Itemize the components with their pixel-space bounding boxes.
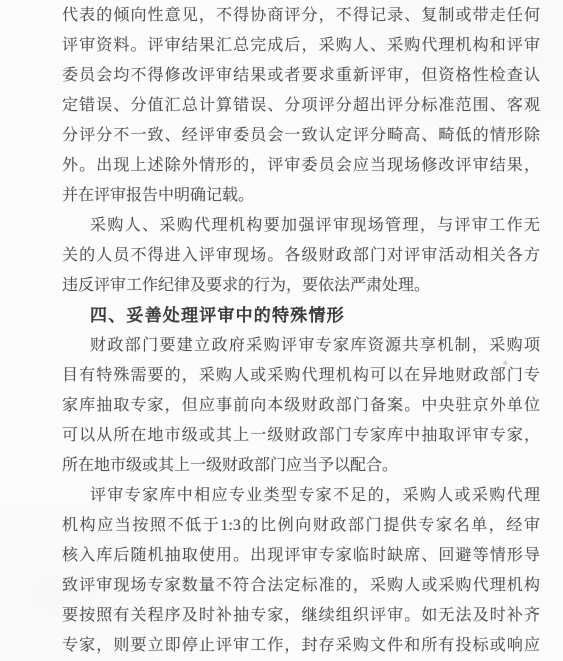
text-line: 机构应当按照不低于1:3的比例向财政部门提供专家名单，经审: [62, 511, 540, 541]
document-page: 代表的倾向性意见，不得协商评分，不得记录、复制或带走任何 评审资料。评审结果汇总…: [0, 0, 563, 661]
text-line: 财政部门要建立政府采购评审专家库资源共享机制，采购项: [62, 331, 540, 361]
text-line: 致评审现场专家数量不符合法定标准的，采购人或采购代理机构: [62, 571, 540, 601]
text-line: 采购人、采购代理机构要加强评审现场管理，与评审工作无: [62, 211, 540, 241]
section-heading: 四、妥善处理评审中的特殊情形: [62, 301, 540, 331]
text-line: 专家，则要立即停止评审工作，封存采购文件和所有投标或响应: [62, 631, 540, 661]
text-line: 目有特殊需要的，采购人或采购代理机构可以在异地财政部门专: [62, 361, 540, 391]
scan-speck: [502, 360, 509, 366]
text-line: 家库抽取专家，但应事前向本级财政部门备案。中央驻京外单位: [62, 391, 540, 421]
text-line: 外。出现上述除外情形的，评审委员会应当现场修改评审结果，: [62, 151, 540, 181]
text-line: 代表的倾向性意见，不得协商评分，不得记录、复制或带走任何: [62, 1, 540, 31]
text-line: 违反评审工作纪律及要求的行为，要依法严肃处理。: [62, 271, 540, 301]
text-line: 委员会均不得修改评审结果或者要求重新评审，但资格性检查认: [62, 61, 540, 91]
text-line: 关的人员不得进入评审现场。各级财政部门对评审活动相关各方: [62, 241, 540, 271]
text-line: 核入库后随机抽取使用。出现评审专家临时缺席、回避等情形导: [62, 541, 540, 571]
text-line: 可以从所在地市级或其上一级财政部门专家库中抽取评审专家，: [62, 421, 540, 451]
text-line: 并在评审报告中明确记载。: [62, 181, 540, 211]
text-line: 所在地市级或其上一级财政部门应当予以配合。: [62, 451, 540, 481]
text-line: 分评分不一致、经评审委员会一致认定评分畸高、畸低的情形除: [62, 121, 540, 151]
text-line: 评审专家库中相应专业类型专家不足的，采购人或采购代理: [62, 481, 540, 511]
text-line: 评审资料。评审结果汇总完成后，采购人、采购代理机构和评审: [62, 31, 540, 61]
text-line: 定错误、分值汇总计算错误、分项评分超出评分标准范围、客观: [62, 91, 540, 121]
text-line: 要按照有关程序及时补抽专家，继续组织评审。如无法及时补齐: [62, 601, 540, 631]
